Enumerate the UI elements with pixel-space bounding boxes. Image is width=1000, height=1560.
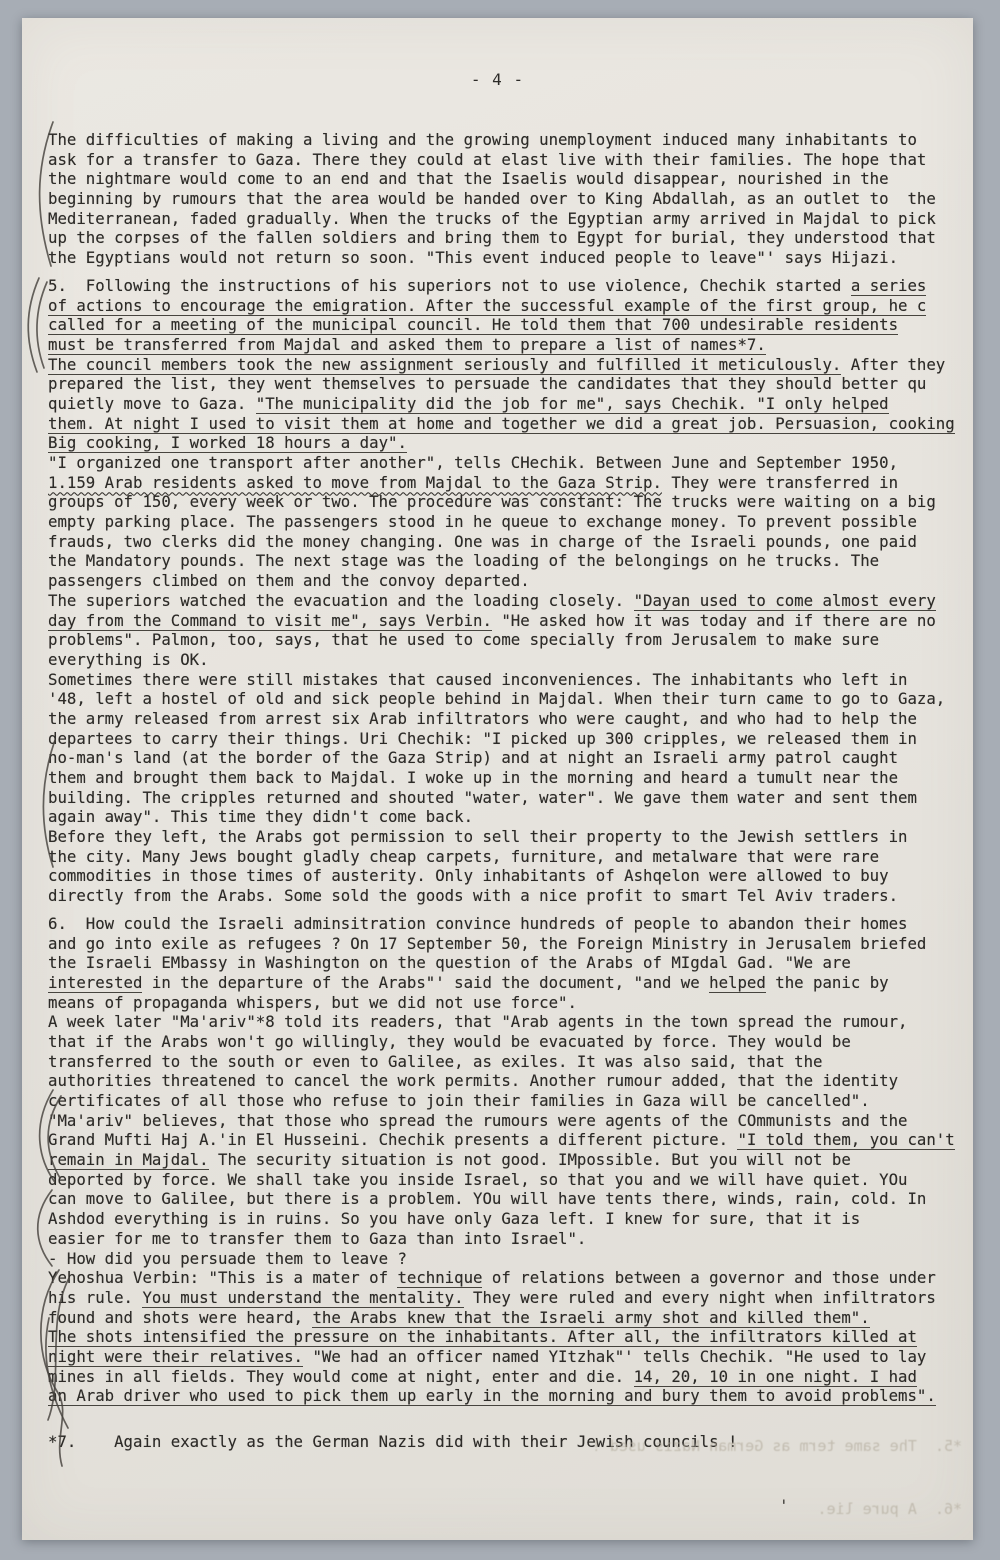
text-line: Yehoshua Verbin: "This is a mater of tec… [48,1268,969,1288]
text-segment: Before they left, the Arabs got permissi… [48,827,907,846]
text-segment: They were ruled and every night when inf… [464,1288,936,1307]
text-line: ask for a transfer to Gaza. There they c… [48,150,969,170]
text-line: Grand Mufti Haj A.'in El Husseini. Chech… [48,1130,969,1150]
page-number: - 4 - [22,70,973,89]
text-line: quietly move to Gaza. "The municipality … [48,394,969,414]
ghost-footnote-6: *6. A pure lie. [552,1499,962,1520]
document-body: The difficulties of making a living and … [48,130,969,1452]
underlined-text-segment: 14, 20, 10 in one night. I had [634,1367,917,1387]
text-line: the city. Many Jews bought gladly cheap … [48,847,969,867]
text-line: transferred to the south or even to Gali… [48,1052,969,1072]
text-line: called for a meeting of the municipal co… [48,315,969,335]
text-line: deported by force. We shall take you ins… [48,1170,969,1190]
text-segment: Ashdod everything is in ruins. So you ha… [48,1209,860,1228]
text-segment: his rule. [48,1288,142,1307]
text-line: problems". Palmon, too, says, that he us… [48,630,969,650]
text-line: 6. How could the Israeli adminsitration … [48,914,969,934]
text-segment: '48, left a hostel of old and sick peopl… [48,689,945,708]
text-line: groups of 150, every week or two. The pr… [48,492,969,512]
text-line: Before they left, the Arabs got permissi… [48,827,969,847]
text-line: the army released from arrest six Arab i… [48,709,969,729]
text-line: departees to carry their things. Uri Che… [48,729,969,749]
text-line: can move to Galilee, but there is a prob… [48,1189,969,1209]
text-segment: empty parking place. The passengers stoo… [48,512,917,531]
text-segment: 6. How could the Israeli adminsitration … [48,914,907,933]
text-segment: the city. Many Jews bought gladly cheap … [48,847,879,866]
text-line: The council members took the new assignm… [48,355,969,375]
text-line: that if the Arabs won't go willingly, th… [48,1032,969,1052]
document-page: - 4 - The difficulties of making a livin… [22,18,973,1540]
text-segment: mines in all fields. They would come at … [48,1367,634,1386]
text-segment: the army released from arrest six Arab i… [48,709,917,728]
text-line: frauds, two clerks did the money changin… [48,532,969,552]
underlined-text-segment: Big cooking, I worked 18 hours a day". [48,433,407,453]
text-segment: A week later "Ma'ariv"*8 told its reader… [48,1012,907,1031]
text-line: The shots intensified the pressure on th… [48,1327,969,1347]
text-line: the Egyptians would not return so soon. … [48,248,969,268]
text-line: Big cooking, I worked 18 hours a day". [48,433,969,453]
text-line: the Israeli EMbassy in Washington on the… [48,953,969,973]
underlined-text-segment: of actions to encourage the emigration. … [48,296,926,316]
underlined-text-segment: must be transferred from Majdal and aske… [48,335,766,355]
text-line: his rule. You must understand the mental… [48,1288,969,1308]
text-segment: them and brought them back to Majdal. I … [48,768,898,787]
text-line: 5. Following the instructions of his sup… [48,276,969,296]
text-line: '48, left a hostel of old and sick peopl… [48,689,969,709]
text-line: the Mandatory pounds. The next stage was… [48,551,969,571]
text-segment: groups of 150, every week or two. The pr… [48,492,936,511]
text-segment: authorities threatened to cancel the wor… [48,1071,898,1090]
text-line: means of propaganda whispers, but we did… [48,993,969,1013]
text-segment: the Egyptians would not return so soon. … [48,248,898,267]
underlined-text-segment: interested [48,973,142,993]
text-line: commodities in those times of austerity.… [48,866,969,886]
underlined-text-segment: them. At night I used to visit them at h… [48,414,955,434]
text-line: - How did you persuade them to leave ? [48,1249,969,1269]
text-segment: commodities in those times of austerity.… [48,866,889,885]
text-line: remain in Majdal. The security situation… [48,1150,969,1170]
text-line: them. At night I used to visit them at h… [48,414,969,434]
underlined-text-segment: night were their relatives. [48,1347,303,1367]
text-line: interested in the departure of the Arabs… [48,973,969,993]
text-line: no-man's land (at the border of the Gaza… [48,748,969,768]
text-segment: in the departure of the Arabs"' said the… [142,973,709,992]
text-segment: Grand Mufti Haj A.'in El Husseini. Chech… [48,1130,737,1149]
text-segment: The difficulties of making a living and … [48,130,917,149]
underlined-text-segment: The shots intensified the pressure on th… [48,1327,917,1347]
text-segment: beginning by rumours that the area would… [48,189,936,208]
underlined-text-segment: remain in Majdal. [48,1150,209,1170]
text-segment: Mediterranean, faded gradually. When the… [48,209,936,228]
text-segment: and go into exile as refugees ? On 17 Se… [48,934,926,953]
scan-background: { "page": { "number_label": "- 4 -", "st… [0,0,1000,1560]
text-segment: the nightmare would come to an end and t… [48,169,889,188]
underlined-text-segment: "I told them, you can't [737,1130,954,1150]
text-line: again away". This time they didn't come … [48,807,969,827]
underlined-text-segment: called for a meeting of the municipal co… [48,315,898,335]
text-segment: After they [841,355,945,374]
text-segment: everything is OK. [48,650,209,669]
text-line: building. The cripples returned and shou… [48,788,969,808]
text-segment: They were transferred in [662,473,898,492]
text-segment: no-man's land (at the border of the Gaza… [48,748,898,767]
text-segment: ask for a transfer to Gaza. There they c… [48,150,926,169]
text-line: of actions to encourage the emigration. … [48,296,969,316]
text-segment: departees to carry their things. Uri Che… [48,729,917,748]
pen-paren-paragraph-5-inner [37,282,47,368]
text-line: Mediterranean, faded gradually. When the… [48,209,969,229]
text-segment: prepared the list, they went themselves … [48,374,926,393]
text-segment: building. The cripples returned and shou… [48,788,917,807]
text-segment: passengers climbed on them and the convo… [48,571,530,590]
text-line: A week later "Ma'ariv"*8 told its reader… [48,1012,969,1032]
text-segment: The security situation is not good. IMpo… [209,1150,851,1169]
text-line: them and brought them back to Majdal. I … [48,768,969,788]
text-segment: - How did you persuade them to leave ? [48,1249,407,1268]
text-line: day from the Command to visit me", says … [48,611,969,631]
text-line: directly from the Arabs. Some sold the g… [48,886,969,906]
bleed-through-text: *5. The same term as German Nazis used !… [552,1394,962,1560]
text-line: The difficulties of making a living and … [48,130,969,150]
text-segment: Sometimes there were still mistakes that… [48,670,907,689]
text-line: "Ma'ariv" believes, that those who sprea… [48,1111,969,1131]
underlined-text-segment: You must understand the mentality. [142,1288,463,1308]
underlined-text-segment: 1.159 Arab residents asked to move from … [48,473,662,492]
stray-ink-mark: ' [779,1496,789,1515]
text-line: everything is OK. [48,650,969,670]
text-segment: deported by force. We shall take you ins… [48,1170,907,1189]
text-segment: found and shots were heard, [48,1308,312,1327]
text-line: Sometimes there were still mistakes that… [48,670,969,690]
underlined-text-segment: "The municipality did the job for me", s… [256,394,889,414]
text-line: beginning by rumours that the area would… [48,189,969,209]
text-segment: "He asked how it was today and if there … [492,611,936,630]
text-line: easier for me to transfer them to Gaza t… [48,1229,969,1249]
text-segment: means of propaganda whispers, but we did… [48,993,577,1012]
text-segment: certificates of all those who refuse to … [48,1091,870,1110]
text-segment: up the corpses of the fallen soldiers an… [48,228,936,247]
text-segment: the Mandatory pounds. The next stage was… [48,551,879,570]
pen-paren-paragraph-5-outer [28,278,39,372]
underlined-text-segment: technique [397,1268,482,1288]
text-segment: problems". Palmon, too, says, that he us… [48,630,879,649]
text-line: must be transferred from Majdal and aske… [48,335,969,355]
text-segment: quietly move to Gaza. [48,394,256,413]
text-line: "I organized one transport after another… [48,453,969,473]
text-segment: directly from the Arabs. Some sold the g… [48,886,898,905]
underlined-text-segment: "Dayan used to come almost every [634,591,936,611]
text-line: found and shots were heard, the Arabs kn… [48,1308,969,1328]
text-segment: "We had an officer named YItzhak"' tells… [303,1347,926,1366]
text-segment: again away". This time they didn't come … [48,807,473,826]
text-segment: the panic by [766,973,889,992]
text-segment: easier for me to transfer them to Gaza t… [48,1229,586,1248]
text-line: up the corpses of the fallen soldiers an… [48,228,969,248]
text-line: night were their relatives. "We had an o… [48,1347,969,1367]
text-line: The superiors watched the evacuation and… [48,591,969,611]
text-segment: can move to Galilee, but there is a prob… [48,1189,926,1208]
text-segment: frauds, two clerks did the money changin… [48,532,917,551]
underlined-text-segment: the Arabs knew that the Israeli army sho… [312,1308,869,1328]
text-segment: "I organized one transport after another… [48,453,898,472]
text-line: and go into exile as refugees ? On 17 Se… [48,934,969,954]
text-line: the nightmare would come to an end and t… [48,169,969,189]
ghost-footnote-5: *5. The same term as German Nazis used ! [552,1436,962,1457]
text-segment: The superiors watched the evacuation and… [48,591,634,610]
text-line: mines in all fields. They would come at … [48,1367,969,1387]
text-segment: "Ma'ariv" believes, that those who sprea… [48,1111,907,1130]
underlined-text-segment: helped [709,973,766,993]
text-line: Ashdod everything is in ruins. So you ha… [48,1209,969,1229]
text-segment: of relations between a governor and thos… [482,1268,935,1287]
underlined-text-segment: The council members took the new assignm… [48,355,841,375]
text-segment: 5. Following the instructions of his sup… [48,276,851,295]
text-segment: Yehoshua Verbin: "This is a mater of [48,1268,397,1287]
text-segment: transferred to the south or even to Gali… [48,1052,822,1071]
text-segment: the Israeli EMbassy in Washington on the… [48,953,851,972]
underlined-text-segment: a series [851,276,927,296]
text-line: certificates of all those who refuse to … [48,1091,969,1111]
text-segment: that if the Arabs won't go willingly, th… [48,1032,851,1051]
text-line: authorities threatened to cancel the wor… [48,1071,969,1091]
underlined-text-segment: day from the Command to visit me", says … [48,611,492,631]
text-line: 1.159 Arab residents asked to move from … [48,473,969,493]
text-line: prepared the list, they went themselves … [48,374,969,394]
text-line: empty parking place. The passengers stoo… [48,512,969,532]
text-line: passengers climbed on them and the convo… [48,571,969,591]
